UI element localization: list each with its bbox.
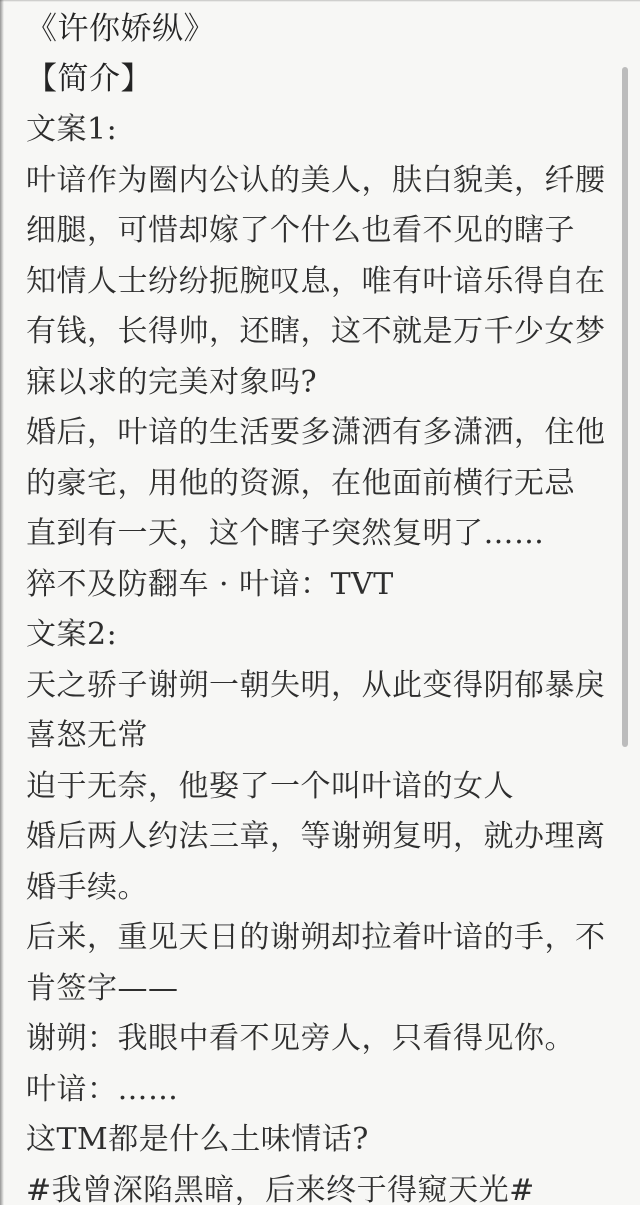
text-line: 直到有一天，这个瞎子突然复明了…… [26, 505, 596, 556]
text-line: 细腿，可惜却嫁了个什么也看不见的瞎子 [26, 202, 596, 253]
text-line: 有钱，长得帅，还瞎，这不就是万千少女梦 [26, 303, 596, 354]
text-line: 肯签字—— [26, 960, 596, 1011]
book-title: 《许你娇纵》 [26, 0, 596, 51]
text-line: 迫于无奈，他娶了一个叫叶谙的女人 [26, 758, 596, 809]
blurb1-label: 文案1: [26, 101, 596, 152]
page-edge-shadow-left [0, 0, 4, 1205]
text-line: 的豪宅，用他的资源，在他面前横行无忌 [26, 455, 596, 506]
text-line: 婚手续。 [26, 859, 596, 910]
text-line: 这TM都是什么土味情话? [26, 1111, 596, 1162]
reader-page: 《许你娇纵》 【简介】 文案1: 叶谙作为圈内公认的美人，肤白貌美，纤腰 细腿，… [0, 0, 640, 1205]
hashtag-line: #我曾深陷黑暗，后来终于得窥天光# [26, 1162, 596, 1205]
text-line: 猝不及防翻车 · 叶谙：TVT [26, 556, 596, 607]
text-line: 婚后，叶谙的生活要多潇洒有多潇洒，住他 [26, 404, 596, 455]
scrollbar-thumb[interactable] [622, 67, 628, 747]
text-line: 后来，重见天日的谢朔却拉着叶谙的手，不 [26, 909, 596, 960]
text-line: 婚后两人约法三章，等谢朔复明，就办理离 [26, 808, 596, 859]
text-line: 寐以求的完美对象吗? [26, 354, 596, 405]
synopsis-header: 【简介】 [26, 51, 596, 102]
text-line: 谢朔：我眼中看不见旁人，只看得见你。 [26, 1010, 596, 1061]
text-line: 叶谙：…… [26, 1061, 596, 1112]
text-line: 知情人士纷纷扼腕叹息，唯有叶谙乐得自在 [26, 253, 596, 304]
synopsis-text-block: 《许你娇纵》 【简介】 文案1: 叶谙作为圈内公认的美人，肤白貌美，纤腰 细腿，… [26, 0, 596, 1205]
blurb2-label: 文案2: [26, 606, 596, 657]
text-line: 喜怒无常 [26, 707, 596, 758]
text-line: 天之骄子谢朔一朝失明，从此变得阴郁暴戾 [26, 657, 596, 708]
text-line: 叶谙作为圈内公认的美人，肤白貌美，纤腰 [26, 152, 596, 203]
